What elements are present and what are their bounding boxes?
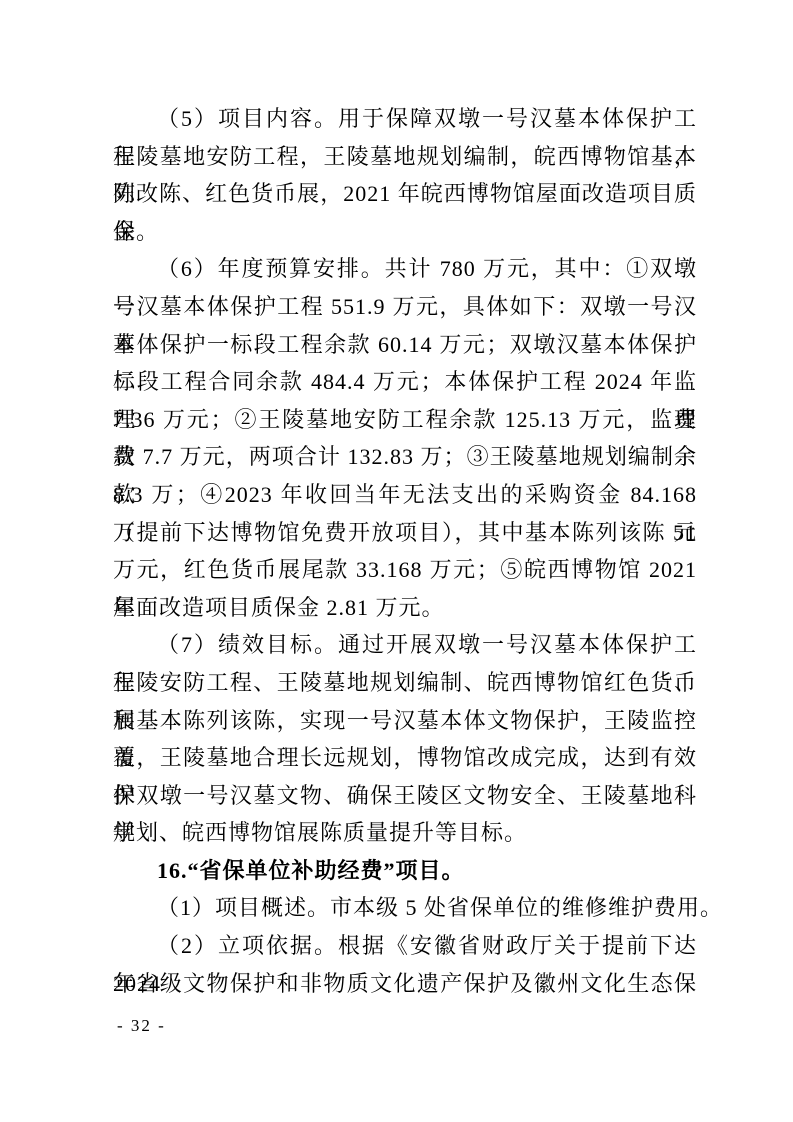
text-line: 屋面改造项目质保金 2.81 万元。 (113, 589, 697, 627)
text-line: （7）绩效目标。通过开展双墩一号汉墓本体保护工程、 (113, 626, 697, 664)
text-line: 护双墩一号汉墓文物、确保王陵区文物安全、王陵墓地科学 (113, 777, 697, 815)
text-line: 王陵安防工程、王陵墓地规划编制、皖西博物馆红色货币展 (113, 664, 697, 702)
page-number: - 32 - (117, 1016, 166, 1036)
text-line: 7.36 万元；②王陵墓地安防工程余款 125.13 万元，监理费余 (113, 401, 697, 439)
text-line: （提前下达博物馆免费开放项目），其中基本陈列该陈 51 (113, 514, 697, 552)
paragraph-item1-overview: （1）项目概述。市本级 5 处省保单位的维修维护费用。 (113, 889, 697, 927)
text-line: 盖，王陵墓地合理长远规划，博物馆改成完成，达到有效保 (113, 739, 697, 777)
text-line: 列改陈、红色货币展，2021 年皖西博物馆屋面改造项目质保 (113, 175, 697, 213)
document-body-text: （5）项目内容。用于保障双墩一号汉墓本体保护工程， 王陵墓地安防工程，王陵墓地规… (113, 100, 697, 1002)
paragraph-item2-basis: （2）立项依据。根据《安徽省财政厅关于提前下达 2024 年省级文物保护和非物质… (113, 927, 697, 1002)
document-page: （5）项目内容。用于保障双墩一号汉墓本体保护工程， 王陵墓地安防工程，王陵墓地规… (0, 0, 793, 1122)
text-line: （2）立项依据。根据《安徽省财政厅关于提前下达 2024 (113, 927, 697, 965)
text-line: 规划、皖西博物馆展陈质量提升等目标。 (113, 814, 697, 852)
text-line: （6）年度预算安排。共计 780 万元，其中：①双墩一 (113, 250, 697, 288)
text-line: 万元，红色货币展尾款 33.168 万元；⑤皖西博物馆 2021 年 (113, 551, 697, 589)
text-line: （1）项目概述。市本级 5 处省保单位的维修维护费用。 (113, 889, 697, 927)
text-line: 本体保护一标段工程余款 60.14 万元；双墩汉墓本体保护二 (113, 326, 697, 364)
text-line: （5）项目内容。用于保障双墩一号汉墓本体保护工程， (113, 100, 697, 138)
text-line: 和基本陈列该陈，实现一号汉墓本体文物保护，王陵监控覆 (113, 702, 697, 740)
section-heading-16: 16.“省保单位补助经费”项目。 (113, 852, 697, 890)
text-line: 款 7.7 万元，两项合计 132.83 万；③王陵墓地规划编制余款 (113, 438, 697, 476)
text-line: 8.3 万；④2023 年收回当年无法支出的采购资金 84.168 万元 (113, 476, 697, 514)
text-line: 王陵墓地安防工程，王陵墓地规划编制，皖西博物馆基本陈 (113, 138, 697, 176)
text-line: 标段工程合同余款 484.4 万元；本体保护工程 2024 年监理费 (113, 363, 697, 401)
paragraph-item6-budget: （6）年度预算安排。共计 780 万元，其中：①双墩一 号汉墓本体保护工程 55… (113, 250, 697, 626)
paragraph-item5-content: （5）项目内容。用于保障双墩一号汉墓本体保护工程， 王陵墓地安防工程，王陵墓地规… (113, 100, 697, 250)
text-line: 金。 (113, 213, 697, 251)
text-line: 年省级文物保护和非物质文化遗产保护及徽州文化生态保 (113, 965, 697, 1003)
paragraph-item7-goals: （7）绩效目标。通过开展双墩一号汉墓本体保护工程、 王陵安防工程、王陵墓地规划编… (113, 626, 697, 852)
text-line: 号汉墓本体保护工程 551.9 万元，具体如下：双墩一号汉墓 (113, 288, 697, 326)
